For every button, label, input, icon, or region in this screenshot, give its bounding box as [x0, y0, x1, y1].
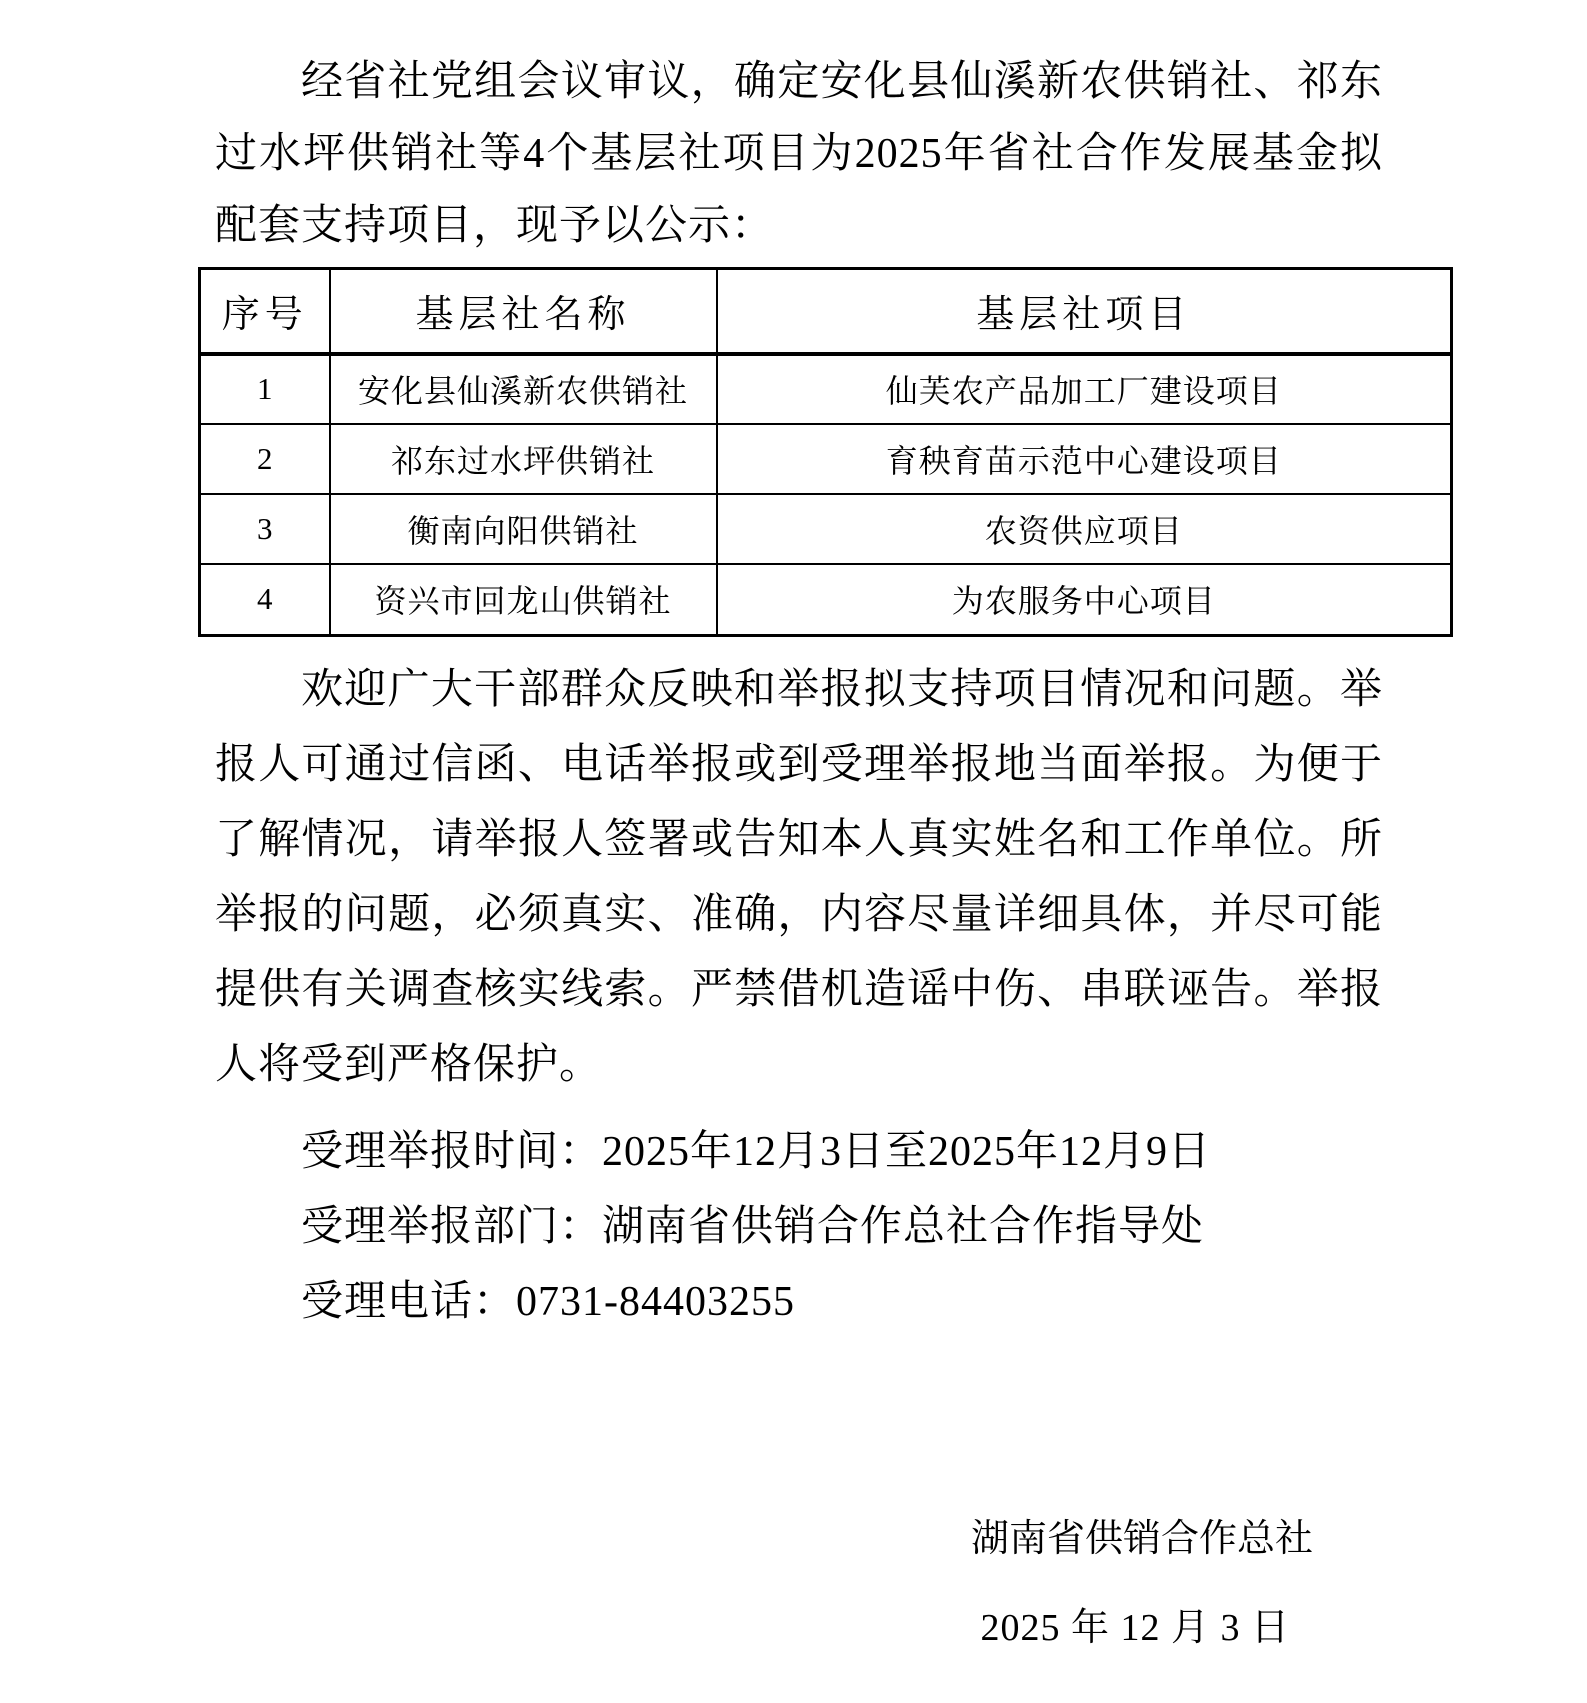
row-number-cell: 3 [200, 494, 330, 564]
signature-date: 2025 年 12 月 3 日 [215, 1591, 1383, 1666]
signature-org: 湖南省供销合作总社 [215, 1502, 1383, 1577]
coop-name-cell: 安化县仙溪新农供销社 [330, 354, 717, 424]
project-name-cell: 为农服务中心项目 [717, 564, 1452, 636]
row-number-cell: 4 [200, 564, 330, 636]
project-name-cell: 农资供应项目 [717, 494, 1452, 564]
project-name-cell: 仙芙农产品加工厂建设项目 [717, 354, 1452, 424]
body-line-5: 提供有关调查核实线索。严禁借机造谣中伤、串联诬告。举报 [215, 953, 1383, 1028]
table-row: 4 资兴市回龙山供销社 为农服务中心项目 [200, 564, 1452, 636]
projects-table: 序号 基层社名称 基层社项目 1 安化县仙溪新农供销社 仙芙农产品加工厂建设项目… [198, 267, 1453, 637]
project-name-cell: 育秧育苗示范中心建设项目 [717, 424, 1452, 494]
table-header-name: 基层社名称 [330, 269, 717, 354]
body-line-3: 了解情况，请举报人签署或告知本人真实姓名和工作单位。所 [215, 803, 1383, 878]
body-line-6: 人将受到严格保护。 [215, 1028, 1383, 1103]
coop-name-cell: 祁东过水坪供销社 [330, 424, 717, 494]
report-phone-line: 受理电话：0731-84403255 [215, 1265, 1383, 1340]
contact-block: 受理举报时间：2025年12月3日至2025年12月9日 受理举报部门：湖南省供… [215, 1115, 1383, 1340]
table-header-no: 序号 [200, 269, 330, 354]
body-line-1: 欢迎广大干部群众反映和举报拟支持项目情况和问题。举 [215, 653, 1383, 728]
report-department-line: 受理举报部门：湖南省供销合作总社合作指导处 [215, 1190, 1383, 1265]
body-line-4: 举报的问题，必须真实、准确，内容尽量详细具体，并尽可能 [215, 878, 1383, 953]
row-number-cell: 2 [200, 424, 330, 494]
coop-name-cell: 衡南向阳供销社 [330, 494, 717, 564]
coop-name-cell: 资兴市回龙山供销社 [330, 564, 717, 636]
body-paragraph: 欢迎广大干部群众反映和举报拟支持项目情况和问题。举 报人可通过信函、电话举报或到… [215, 653, 1383, 1103]
table-row: 3 衡南向阳供销社 农资供应项目 [200, 494, 1452, 564]
intro-line-2: 过水坪供销社等4个基层社项目为2025年省社合作发展基金拟 [215, 118, 1383, 190]
intro-paragraph: 经省社党组会议审议，确定安化县仙溪新农供销社、祁东 过水坪供销社等4个基层社项目… [215, 46, 1383, 262]
report-time-line: 受理举报时间：2025年12月3日至2025年12月9日 [215, 1115, 1383, 1190]
table-row: 2 祁东过水坪供销社 育秧育苗示范中心建设项目 [200, 424, 1452, 494]
intro-line-3: 配套支持项目，现予以公示： [215, 190, 1383, 262]
table-header-project: 基层社项目 [717, 269, 1452, 354]
notice-page: 经省社党组会议审议，确定安化县仙溪新农供销社、祁东 过水坪供销社等4个基层社项目… [0, 0, 1587, 1703]
table-header-row: 序号 基层社名称 基层社项目 [200, 269, 1452, 354]
body-line-2: 报人可通过信函、电话举报或到受理举报地当面举报。为便于 [215, 728, 1383, 803]
row-number-cell: 1 [200, 354, 330, 424]
intro-line-1: 经省社党组会议审议，确定安化县仙溪新农供销社、祁东 [215, 46, 1383, 118]
table-row: 1 安化县仙溪新农供销社 仙芙农产品加工厂建设项目 [200, 354, 1452, 424]
